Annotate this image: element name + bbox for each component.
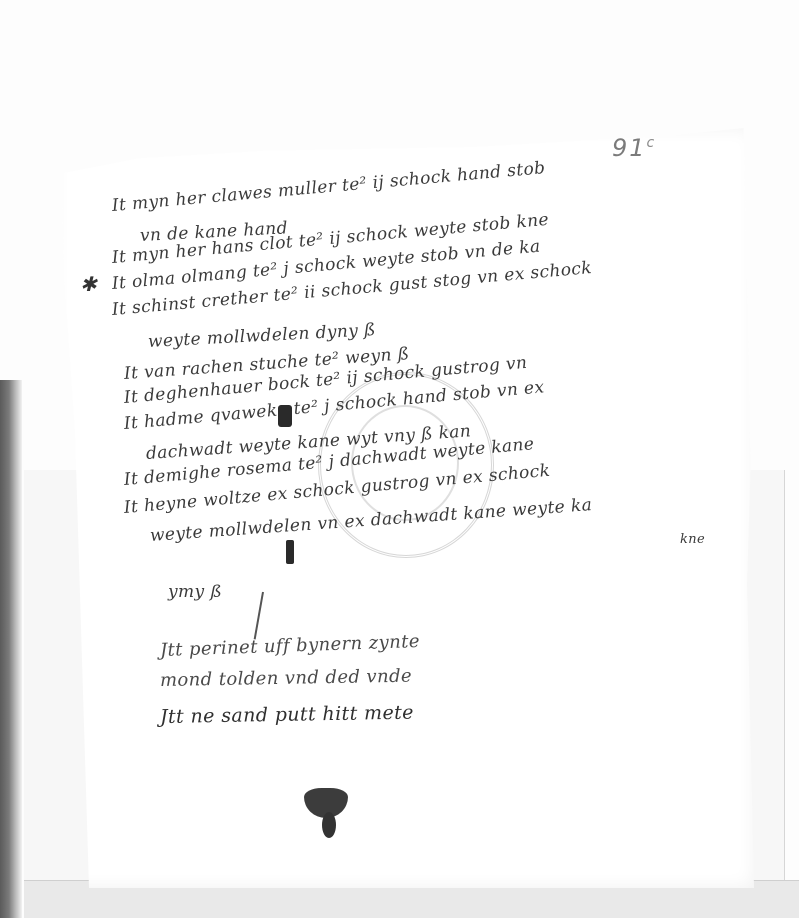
ink-blot-drip — [322, 812, 336, 838]
later-note: Jtt ne sand putt hitt mete — [160, 702, 414, 728]
marginal-cross-mark: ✱ — [80, 272, 97, 296]
folio-number: 91c — [612, 134, 656, 162]
ink-mark — [278, 405, 292, 427]
later-note: mond tolden vnd ded vnde — [160, 666, 412, 691]
folio-number-value: 91 — [612, 134, 647, 162]
book-binding-edge — [0, 380, 22, 918]
folio-suffix: c — [647, 135, 657, 151]
ink-mark — [286, 540, 294, 564]
ledger-entry: kne — [680, 532, 705, 547]
ledger-entry: ymy ß — [168, 582, 222, 602]
